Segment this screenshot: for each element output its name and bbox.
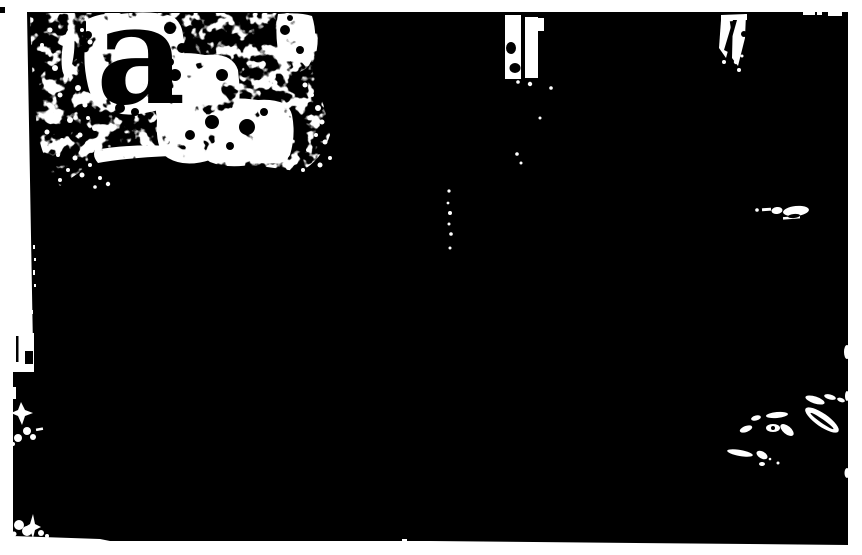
bright-strip-top-right <box>276 13 315 72</box>
glint-bar-lobe <box>536 18 544 31</box>
left-edge-tick <box>33 245 35 249</box>
figure-page: a <box>0 0 862 555</box>
left-edge-tick <box>34 258 36 261</box>
left-edge-tick <box>34 284 36 287</box>
panel-label: a <box>96 0 185 136</box>
left-edge-tick <box>33 270 35 275</box>
left-edge-tick <box>31 310 33 314</box>
bottom-edge-notch <box>402 539 407 543</box>
binarized-photo-panel: a <box>0 0 862 555</box>
margin-ink-speck <box>0 7 5 13</box>
